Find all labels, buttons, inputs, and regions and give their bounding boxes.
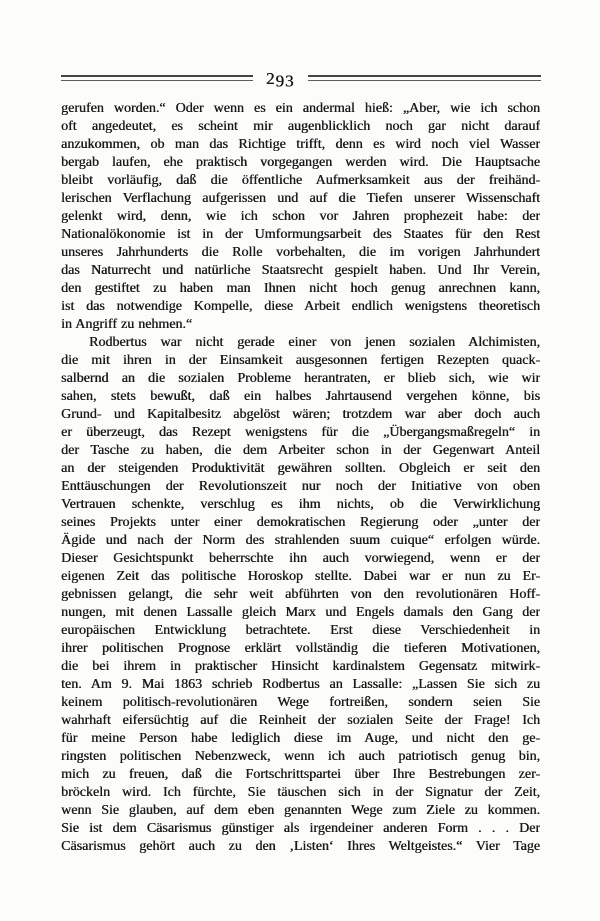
text-line: keinem politisch-revolutionären Wege for…	[61, 694, 540, 712]
text-line: ringsten politischen Nebenzweck, wenn ic…	[61, 748, 540, 766]
text-line: Ägide und nach der Norm des strahlenden …	[61, 532, 540, 550]
text-line: gebnissen gelangt, die sehr weit abführt…	[61, 586, 540, 604]
text-line: den gestiftet zu haben man Ihnen nicht h…	[61, 280, 540, 298]
text-line: an der steigenden Produktivität gewähren…	[61, 460, 540, 478]
text-line: die mit ihren in der Einsamkeit ausgeson…	[61, 352, 540, 370]
text-line: ten. Am 9. Mai 1863 schrieb Rodbertus an…	[61, 676, 540, 694]
text-line: nungen, mit denen Lassalle gleich Marx u…	[61, 604, 540, 622]
text-line: Rodbertus war nicht gerade einer von jen…	[61, 334, 540, 352]
text-line: europäischen Entwicklung betrachtete. Er…	[61, 622, 540, 640]
text-line: Cäsarismus gehört auch zu den ‚Listen‘ I…	[61, 838, 540, 856]
text-line: Vertrauen schenkte, verschlug es ihm nic…	[61, 496, 540, 514]
book-page: 293 gerufen worden.“ Oder wenn es ein an…	[0, 0, 600, 921]
page-number: 293	[253, 70, 308, 87]
text-block: gerufen worden.“ Oder wenn es ein anderm…	[61, 100, 540, 856]
text-line: ist das notwendige Kompelle, diese Arbei…	[61, 298, 540, 316]
text-line: unseres Jahrhunderts die Rolle vorbehalt…	[61, 244, 540, 262]
text-line: das Naturrecht und natürliche Staatsrech…	[61, 262, 540, 280]
text-line: eigenen Zeit das politische Horoskop ste…	[61, 568, 540, 586]
running-head: 293	[61, 66, 541, 90]
text-line: wenn Sie glauben, auf dem eben genannten…	[61, 802, 540, 820]
text-line: anzukommen, ob man das Richtige trifft, …	[61, 136, 540, 154]
text-line: der Tasche zu haben, die dem Arbeiter sc…	[61, 442, 540, 460]
header-rule-right	[308, 75, 542, 81]
text-line: die bei ihrem in praktischer Hinsicht ka…	[61, 658, 540, 676]
text-line: Dieser Gesichtspunkt beherrschte ihn auc…	[61, 550, 540, 568]
text-line: wahrhaft eifersüchtig auf die Reinheit d…	[61, 712, 540, 730]
text-line: für meine Person habe lediglich diese im…	[61, 730, 540, 748]
text-line: lerischen Verflachung aufgerissen und au…	[61, 190, 540, 208]
text-line: mich zu freuen, daß die Fortschrittspart…	[61, 766, 540, 784]
text-line: bleibt vorläufig, daß die öffentliche Au…	[61, 172, 540, 190]
text-line: ihrer politischen Prognose erklärt volls…	[61, 640, 540, 658]
text-line: Grund- und Kapitalbesitz abgelöst wären;…	[61, 406, 540, 424]
text-line: bröckeln wird. Ich fürchte, Sie täuschen…	[61, 784, 540, 802]
text-line: oft angedeutet, es scheint mir augenblic…	[61, 118, 540, 136]
text-line: er überzeugt, das Rezept wenigstens für …	[61, 424, 540, 442]
text-line: seines Projekts unter einer demokratisch…	[61, 514, 540, 532]
text-line: in Angriff zu nehmen.“	[61, 316, 540, 334]
text-line: Enttäuschungen der Revolutionszeit nur n…	[61, 478, 540, 496]
header-rule-left	[61, 75, 253, 81]
text-line: Nationalökonomie ist in der Umformungsar…	[61, 226, 540, 244]
text-line: gerufen worden.“ Oder wenn es ein anderm…	[61, 100, 540, 118]
text-line: Sie ist dem Cäsarismus günstiger als irg…	[61, 820, 540, 838]
text-line: sahen, stets bewußt, daß ein halbes Jahr…	[61, 388, 540, 406]
text-line: bergab laufen, ehe praktisch vorgegangen…	[61, 154, 540, 172]
text-line: gelenkt wird, denn, wie ich schon vor Ja…	[61, 208, 540, 226]
text-line: salbernd an die sozialen Probleme herant…	[61, 370, 540, 388]
